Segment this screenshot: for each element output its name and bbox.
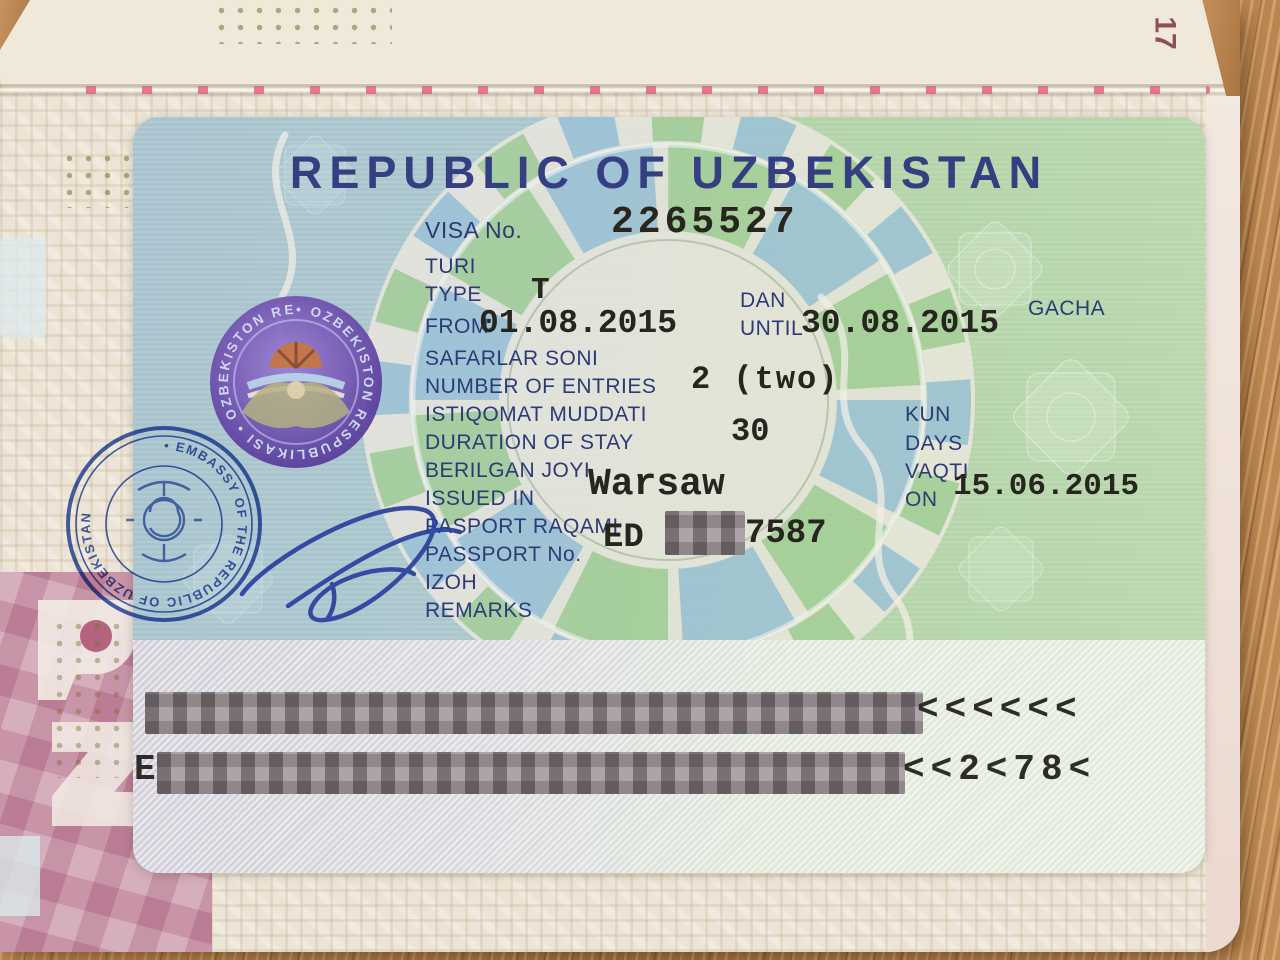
duration-label-uz: ISTIQOMAT MUDDATI	[425, 403, 647, 427]
photo-of-passport-visa: { "passport": { "top_page_number": "17",…	[0, 0, 1280, 960]
page-blue-tint-patch	[0, 238, 46, 338]
entries-label-en: NUMBER OF ENTRIES	[425, 375, 656, 399]
mrz-line1-tail: <<<<<<	[917, 689, 1083, 730]
mrz-line2-tail: <<2<78<	[903, 749, 1096, 790]
page-number-17: 17	[1148, 16, 1182, 49]
days-label-uz: KUN	[905, 403, 951, 427]
stamp-ring-text: • EMBASSY OF THE REPUBLIC OF UZBEKISTAN	[78, 438, 250, 610]
visa-no-value: 2265527	[611, 201, 799, 244]
svg-text:• EMBASSY OF THE REPUBLIC OF U: • EMBASSY OF THE REPUBLIC OF UZBEKISTAN	[78, 438, 250, 610]
passport-number-redacted-block	[665, 511, 745, 555]
from-value: 01.08.2015	[479, 305, 677, 342]
until-suffix-uz: GACHA	[1028, 297, 1105, 321]
type-label-en: TYPE	[425, 283, 482, 307]
duration-value: 30	[731, 413, 769, 450]
entries-value: 2 (two)	[691, 361, 839, 398]
issued-value: Warsaw	[588, 463, 725, 506]
binding-stitches	[40, 86, 1210, 94]
days-label-en: DAYS	[905, 432, 963, 456]
perforation-dots-bottom	[50, 618, 122, 778]
visa-no-label: VISA No.	[425, 217, 522, 244]
issued-date-value: 15.06.2015	[953, 469, 1139, 504]
stamp-emblem-icon	[126, 482, 202, 561]
duration-label-en: DURATION OF STAY	[425, 431, 634, 455]
visa-title: REPUBLIC OF UZBEKISTAN	[133, 147, 1205, 199]
passport-value-prefix: ED	[603, 519, 644, 557]
issued-date-label-en: ON	[905, 488, 938, 512]
mrz-line2-redacted-block	[157, 752, 905, 794]
issued-label-uz: BERILGAN JOYI	[425, 459, 590, 483]
upper-passport-page	[0, 0, 1240, 92]
perforation-dots-mid	[60, 150, 140, 208]
signature	[228, 488, 498, 638]
until-label-uz: DAN	[740, 289, 786, 313]
until-label-en: UNTIL	[740, 317, 803, 341]
passport-open-page: 17 16	[0, 0, 1240, 952]
type-value: T	[531, 273, 550, 308]
passport-value-suffix: 7587	[745, 515, 827, 553]
page-right-edge	[1206, 90, 1240, 952]
page-blue-tint-patch-lower	[0, 836, 40, 916]
until-value: 30.08.2015	[801, 305, 999, 342]
perforation-dots-top	[212, 2, 392, 44]
type-label-uz: TURI	[425, 255, 476, 279]
mrz-line1-redacted-block	[145, 692, 923, 734]
entries-label-uz: SAFARLAR SONI	[425, 347, 598, 371]
